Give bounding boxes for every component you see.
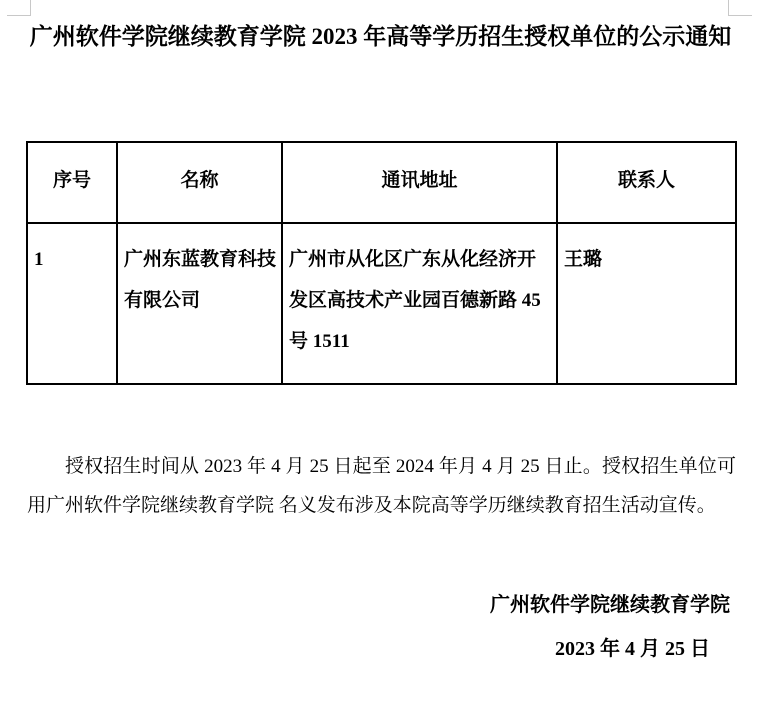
column-header-seq: 序号 (27, 142, 117, 223)
column-header-name: 名称 (117, 142, 282, 223)
page-margin-corner-top-right-icon (728, 0, 752, 16)
table-header-row: 序号 名称 通讯地址 联系人 (27, 142, 736, 223)
column-header-address: 通讯地址 (282, 142, 557, 223)
signature-organization: 广州软件学院继续教育学院 (0, 593, 730, 617)
column-header-contact: 联系人 (557, 142, 736, 223)
table-row: 1 广州东蓝教育科技有限公司 广州市从化区广东从化经济开发区高技术产业园百德新路… (27, 223, 736, 384)
authorization-paragraph: 授权招生时间从 2023 年 4 月 25 日起至 2024 年月 4 月 25… (27, 447, 736, 525)
page-margin-corner-top-left-icon (7, 0, 31, 16)
document-title: 广州软件学院继续教育学院 2023 年高等学历招生授权单位的公示通知 (26, 22, 735, 52)
authorized-units-table: 序号 名称 通讯地址 联系人 1 广州东蓝教育科技有限公司 广州市从化区广东从化… (26, 141, 737, 385)
document-page: { "document": { "title": "广州软件学院继续教育学院 2… (0, 0, 761, 709)
cell-address: 广州市从化区广东从化经济开发区高技术产业园百德新路 45 号 1511 (282, 223, 557, 384)
cell-seq: 1 (27, 223, 117, 384)
signature-date: 2023 年 4 月 25 日 (0, 637, 710, 661)
cell-contact: 王璐 (557, 223, 736, 384)
cell-name: 广州东蓝教育科技有限公司 (117, 223, 282, 384)
